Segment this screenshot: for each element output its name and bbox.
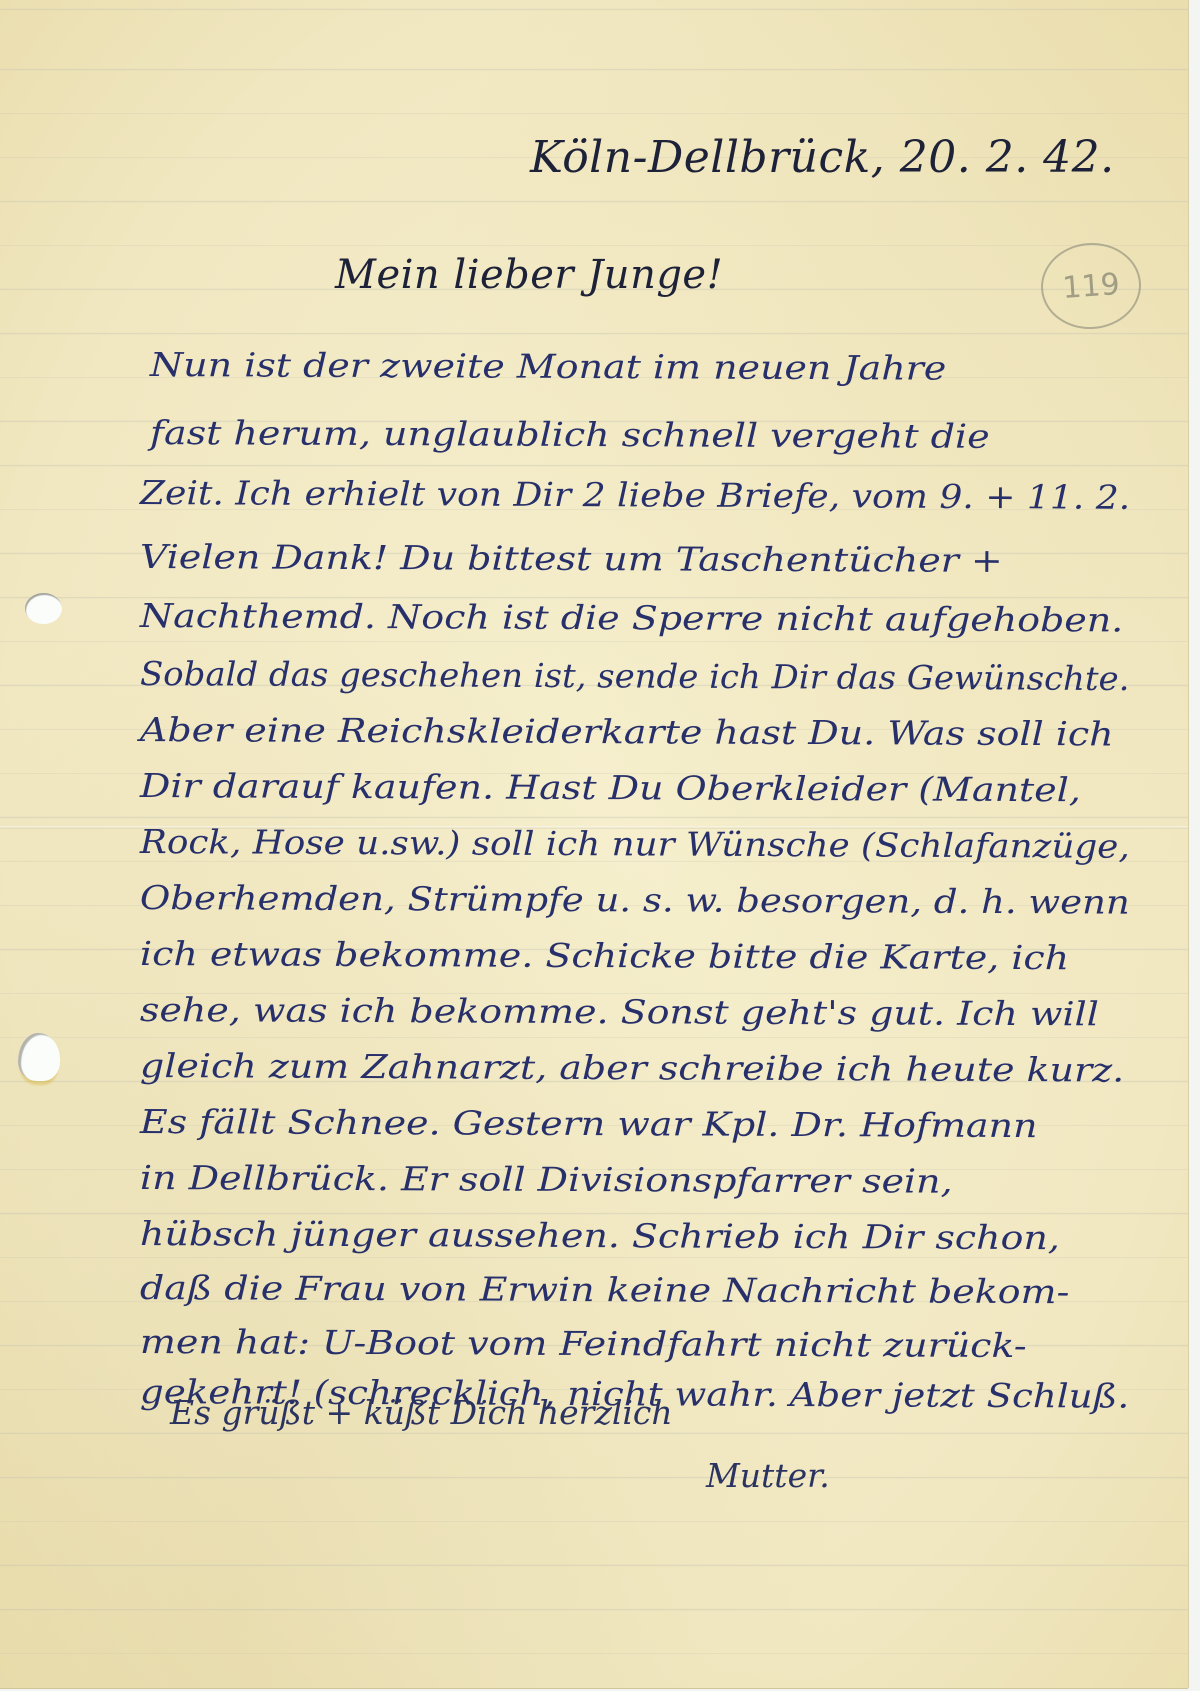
- body-line: in Dellbrück. Er soll Divisionspfarrer s…: [140, 1158, 953, 1201]
- body-line: Rock, Hose u.sw.) soll ich nur Wünsche (…: [140, 822, 1130, 866]
- body-line: gleich zum Zahnarzt, aber schreibe ich h…: [140, 1046, 1124, 1089]
- body-line: hübsch jünger aussehen. Schrieb ich Dir …: [140, 1214, 1060, 1257]
- body-line: Aber eine Reichskleiderkarte hast Du. Wa…: [140, 710, 1114, 753]
- body-line: Zeit. Ich erhielt von Dir 2 liebe Briefe…: [140, 473, 1130, 517]
- body-line: men hat: U-Boot vom Feindfahrt nicht zur…: [140, 1322, 1027, 1365]
- body-line: Dir darauf kaufen. Hast Du Oberkleider (…: [140, 766, 1081, 809]
- body-line: Es fällt Schnee. Gestern war Kpl. Dr. Ho…: [140, 1102, 1038, 1145]
- body-line: sehe, was ich bekomme. Sonst geht's gut.…: [140, 990, 1099, 1033]
- body-line: Nun ist der zweite Monat im neuen Jahre: [150, 345, 947, 388]
- punch-hole-icon: [25, 593, 62, 624]
- signature: Mutter.: [706, 1456, 830, 1495]
- body-line: fast herum, unglaublich schnell vergeht …: [150, 413, 990, 456]
- body-line: Vielen Dank! Du bittest um Taschentücher…: [140, 537, 1003, 580]
- archive-number: 119: [1061, 267, 1121, 306]
- letter-paper: Köln-Dellbrück, 20. 2. 42. Mein lieber J…: [0, 0, 1188, 1688]
- body-line: daß die Frau von Erwin keine Nachricht b…: [140, 1268, 1070, 1311]
- place-and-date: Köln-Dellbrück, 20. 2. 42.: [530, 132, 1115, 183]
- archive-number-stamp: 119: [1038, 240, 1144, 333]
- body-line: Nachthemd. Noch ist die Sperre nicht auf…: [140, 596, 1124, 639]
- body-line: ich etwas bekomme. Schicke bitte die Kar…: [140, 934, 1069, 977]
- salutation: Mein lieber Junge!: [335, 252, 723, 298]
- body-line: Oberhemden, Strümpfe u. s. w. besorgen, …: [140, 878, 1130, 922]
- body-line: Sobald das geschehen ist, sende ich Dir …: [140, 654, 1130, 698]
- torn-punch-hole-icon: [18, 1033, 60, 1081]
- closing-greeting: Es grüßt + küßt Dich herzlich: [170, 1393, 673, 1432]
- scanned-letter: Köln-Dellbrück, 20. 2. 42. Mein lieber J…: [0, 0, 1200, 1691]
